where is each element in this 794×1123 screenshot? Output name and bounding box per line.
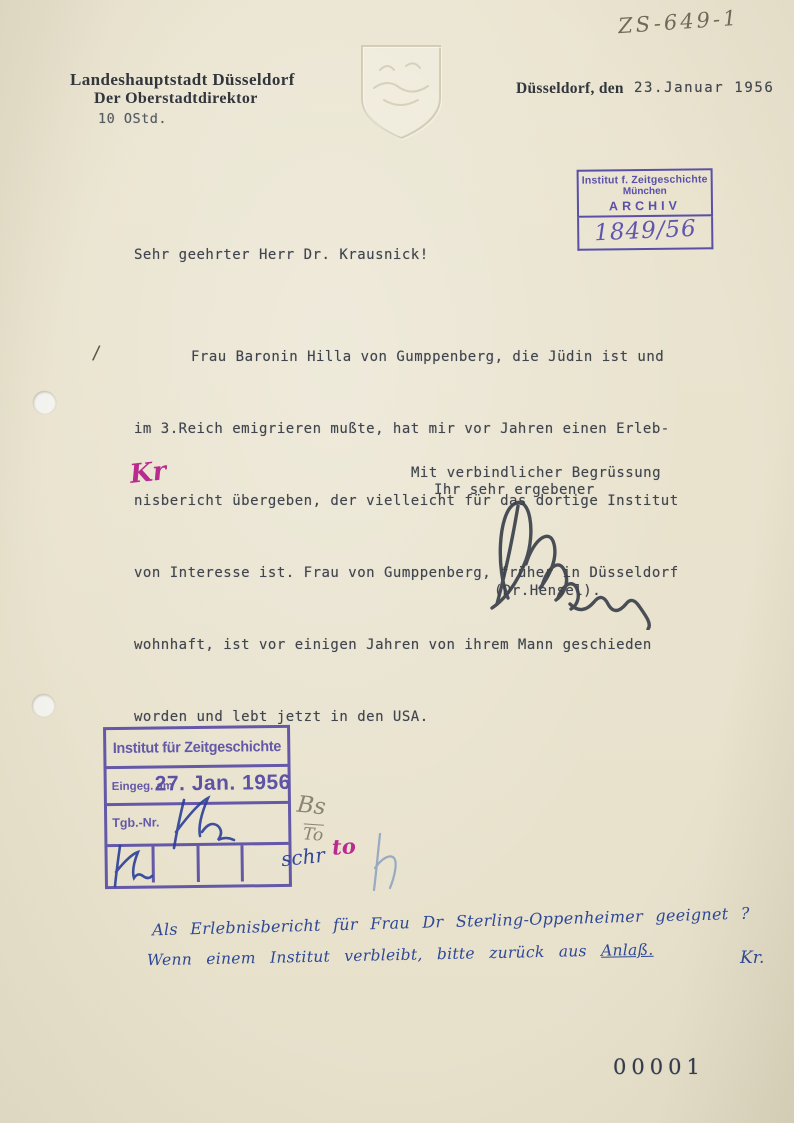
- document-scan: Landeshauptstadt Düsseldorf Der Oberstad…: [0, 0, 794, 1123]
- handwritten-note-line2: Wenn einem Institut verbleibt, bitte zur…: [147, 941, 654, 970]
- archive-stamp-line3: ARCHIV: [581, 198, 709, 214]
- body-line: Frau Baronin Hilla von Gumppenberg, die …: [134, 345, 679, 369]
- punch-hole: [32, 694, 55, 717]
- body-line: wohnhaft, ist vor einigen Jahren von ihr…: [134, 633, 679, 657]
- archive-stamp-number: 1849/56: [593, 216, 697, 247]
- handwritten-note-initials: Kr.: [740, 948, 764, 968]
- closing-line1: Mit verbindlicher Begrüssung: [411, 465, 661, 481]
- salutation: Sehr geehrter Herr Dr. Krausnick!: [134, 247, 429, 263]
- archive-stamp-line2: München: [581, 185, 709, 198]
- handwritten-note-line1: Als Erlebnisbericht für Frau Dr Sterling…: [152, 904, 750, 940]
- note-line2-text: Wenn einem Institut verbleibt, bitte zur…: [147, 942, 601, 970]
- receipt-stamp-title: Institut für Zeitgeschichte: [113, 737, 281, 756]
- archive-stamp-line1: Institut f. Zeitgeschichte: [581, 173, 709, 186]
- body-line: im 3.Reich emigrieren mußte, hat mir vor…: [134, 417, 679, 441]
- blue-annotation-schr: schr: [280, 843, 326, 871]
- punch-hole: [33, 391, 56, 414]
- page-number-stamp: 00001: [613, 1055, 705, 1079]
- magenta-kr-initials: Kr: [129, 456, 168, 490]
- pencil-annotation-bs: Bs: [296, 792, 327, 821]
- letterhead-city: Landeshauptstadt Düsseldorf: [70, 70, 295, 90]
- magenta-annotation-to: to: [331, 833, 356, 860]
- letterhead-ref: 10 OStd.: [98, 111, 167, 127]
- lightblue-initials-scribble: [366, 830, 406, 895]
- blue-initials-tgb-scribble: [168, 792, 248, 857]
- archive-stamp: Institut f. Zeitgeschichte München ARCHI…: [577, 168, 714, 250]
- pencil-margin-slash: /: [92, 342, 101, 365]
- blue-initials-cell-scribble: [108, 842, 163, 892]
- receipt-stamp-tgb-label: Tgb.-Nr.: [112, 815, 159, 830]
- dateline-printed: Düsseldorf, den: [516, 80, 624, 98]
- note-line2-underlined: Anlaß.: [601, 941, 654, 960]
- embossed-seal-icon: [350, 36, 452, 146]
- dateline-typed: 23.Januar 1956: [634, 80, 774, 96]
- pencil-archival-ref: ZS-649-1: [617, 6, 740, 38]
- signer-name: (Dr.Hensel).: [494, 583, 601, 599]
- signature-hensel: [440, 480, 680, 630]
- letterhead-office: Der Oberstadtdirektor: [94, 90, 258, 108]
